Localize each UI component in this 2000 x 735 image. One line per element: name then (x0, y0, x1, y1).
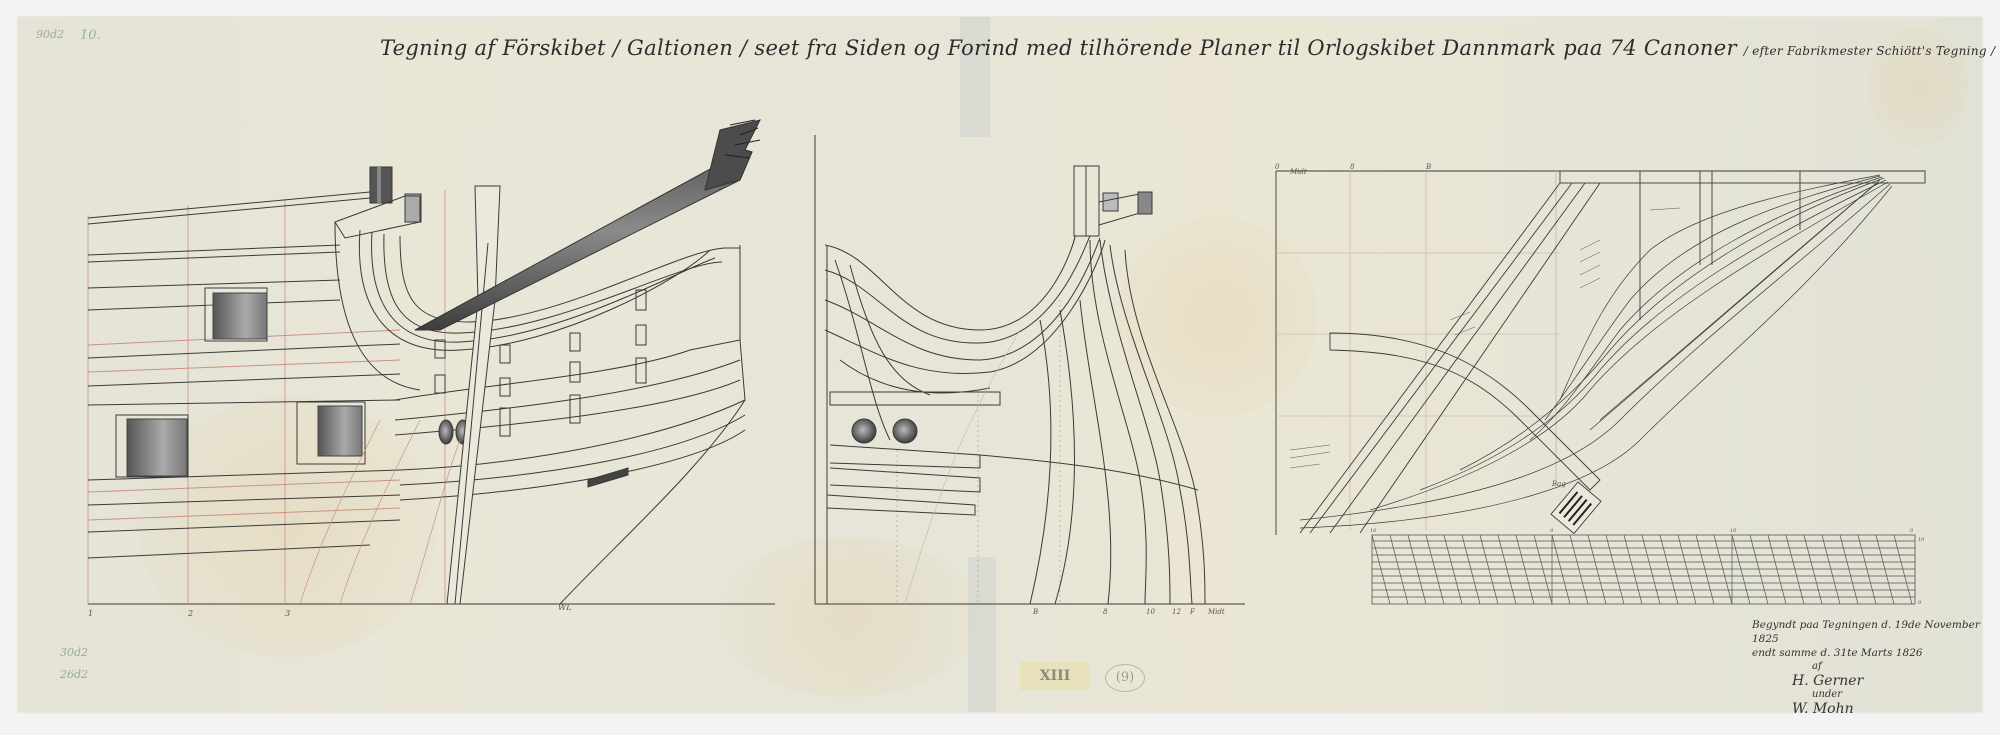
svg-text:10: 10 (1730, 528, 1737, 534)
ship-drawing: 1 2 3 WL (0, 0, 2000, 735)
svg-text:3: 3 (285, 609, 290, 618)
svg-text:10: 10 (1918, 537, 1925, 543)
front-view-baseline-labels: B 8 10 12 F Midt (1032, 608, 1225, 616)
signature-gerner: H. Gerner (1752, 674, 1982, 688)
svg-text:8: 8 (1103, 608, 1108, 616)
svg-text:Midt: Midt (1289, 168, 1307, 176)
svg-text:B: B (1425, 163, 1431, 171)
svg-text:1: 1 (88, 609, 93, 618)
side-view-baseline-labels: 1 2 3 WL (88, 603, 572, 618)
archive-circle-mark: (9) (1105, 664, 1145, 692)
plan-view (1276, 171, 1925, 535)
side-view (88, 120, 775, 604)
svg-text:0: 0 (1918, 600, 1922, 606)
svg-text:0: 0 (1910, 528, 1914, 534)
svg-text:Midt: Midt (1207, 608, 1225, 616)
svg-text:10: 10 (1370, 528, 1377, 534)
svg-text:F: F (1189, 608, 1196, 616)
note-finished: endt samme d. 31te Marts 1826 (1752, 646, 1982, 660)
svg-text:Bag: Bag (1551, 480, 1566, 488)
svg-text:0: 0 (1550, 528, 1554, 534)
note-begun: Begyndt paa Tegningen d. 19de November 1… (1752, 618, 1982, 646)
scale-tick-labels: 10 0 10 0 10 0 (1370, 528, 1925, 606)
front-view (815, 135, 1245, 604)
svg-text:8: 8 (1350, 163, 1355, 171)
note-by: af (1752, 660, 1982, 674)
completion-note: Begyndt paa Tegningen d. 19de November 1… (1752, 618, 1982, 716)
svg-text:2: 2 (187, 609, 193, 618)
svg-text:12: 12 (1172, 608, 1181, 616)
svg-text:0: 0 (1275, 163, 1280, 171)
diagonal-scale (1372, 535, 1915, 604)
archive-stamp: XIII (1020, 662, 1090, 690)
signature-mohn: W. Mohn (1752, 702, 1982, 716)
note-under: under (1752, 688, 1982, 702)
svg-text:B: B (1032, 608, 1038, 616)
svg-text:10: 10 (1146, 608, 1155, 616)
svg-text:WL: WL (558, 603, 572, 612)
